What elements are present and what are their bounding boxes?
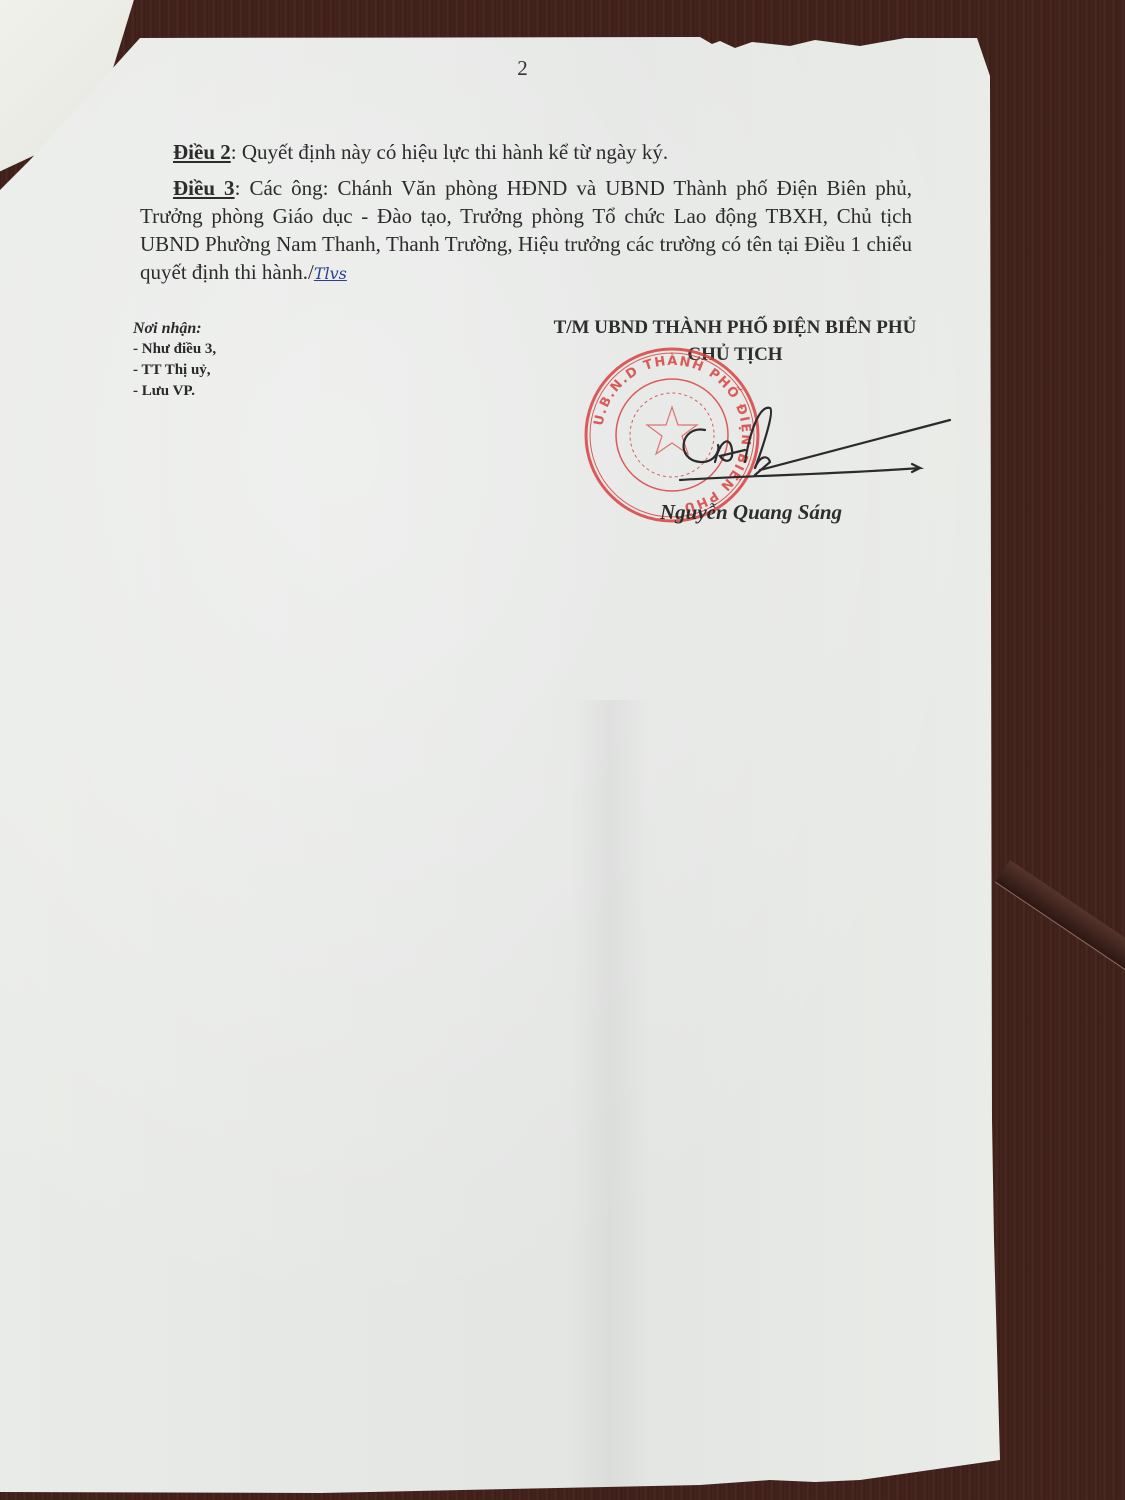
recipient-item: - Lưu VP. [133,381,216,402]
handwritten-signature-icon [660,400,960,510]
article-2: Điều 2: Quyết định này có hiệu lực thi h… [140,138,912,166]
on-behalf-of: T/M UBND THÀNH PHỐ ĐIỆN BIÊN PHỦ [520,314,950,341]
recipient-item: - TT Thị uỷ, [133,360,216,381]
paper-fold-shadow [570,700,650,1500]
recipients-title: Nơi nhận: [133,318,216,339]
article-2-label: Điều 2 [173,140,231,164]
table-seam [995,860,1125,994]
article-3-label: Điều 3 [173,176,235,200]
recipients-list: Nơi nhận: - Như điều 3, - TT Thị uỷ, - L… [133,318,216,402]
article-3-text: : Các ông: Chánh Văn phòng HĐND và UBND … [140,176,912,284]
page-number: 2 [0,56,1045,81]
recipient-item: - Như điều 3, [133,339,216,360]
handwritten-initials: Tlvs [314,264,347,283]
article-3: Điều 3: Các ông: Chánh Văn phòng HĐND và… [140,174,912,288]
signer-name: Nguyễn Quang Sáng [660,500,920,525]
article-2-text: : Quyết định này có hiệu lực thi hành kể… [231,140,668,164]
